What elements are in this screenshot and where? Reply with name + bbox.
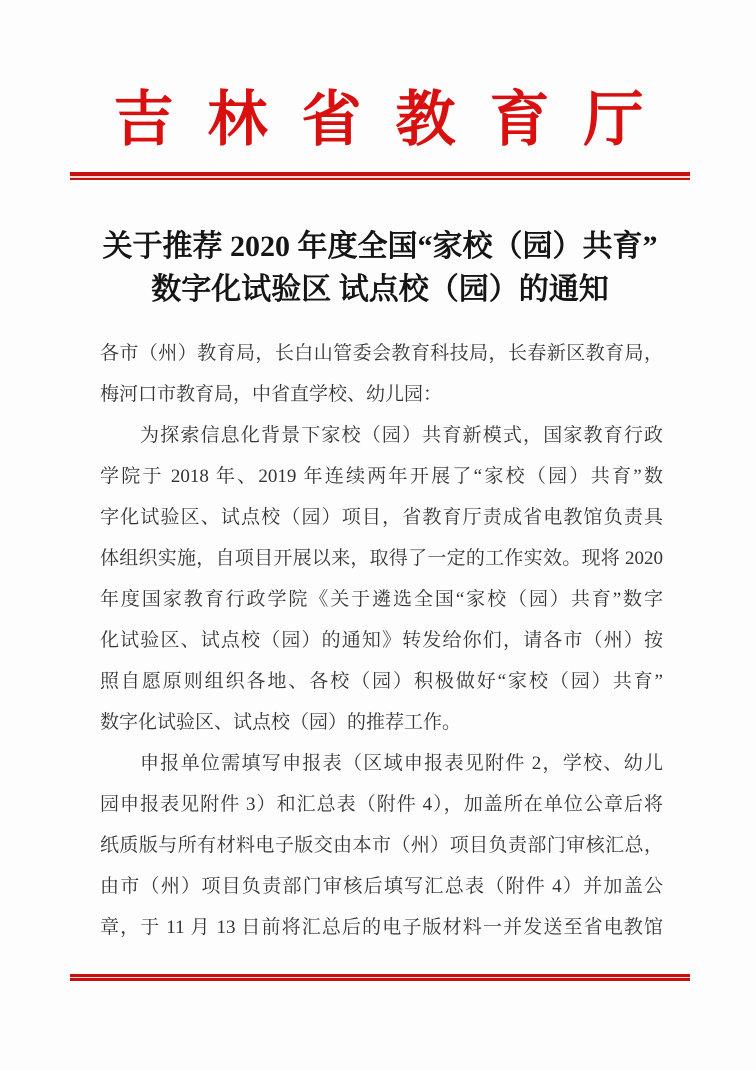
document-content: 吉 林 省 教 育 厅 关于推荐 2020 年度全国“家校（园）共育” 数字化试… (70, 0, 690, 948)
body-line: 申报单位需填写申报表（区域申报表见附件 2，学校、幼儿 (100, 743, 663, 784)
body-line: 字化试验区、试点校（园）项目，省教育厅责成省电教馆负责具 (100, 497, 663, 538)
document-page: 吉 林 省 教 育 厅 关于推荐 2020 年度全国“家校（园）共育” 数字化试… (0, 0, 756, 1070)
notice-title-line-1: 关于推荐 2020 年度全国“家校（园）共育” (70, 225, 690, 268)
body-line: 章，于 11 月 13 日前将汇总后的电子版材料一并发送至省电教馆 (100, 907, 663, 948)
body-line: 各市（州）教育局，长白山管委会教育科技局，长春新区教育局， (100, 333, 663, 374)
body-text: 各市（州）教育局，长白山管委会教育科技局，长春新区教育局， 梅河口市教育局，中省… (100, 333, 663, 948)
letterhead-agency-name: 吉 林 省 教 育 厅 (70, 0, 690, 152)
header-divider (70, 172, 690, 180)
body-line: 照自愿原则组织各地、各校（园）积极做好“家校（园）共育” (100, 661, 663, 702)
notice-title: 关于推荐 2020 年度全国“家校（园）共育” 数字化试验区 试点校（园）的通知 (70, 225, 690, 311)
body-line: 梅河口市教育局，中省直学校、幼儿园： (100, 374, 663, 415)
body-line: 学院于 2018 年、2019 年连续两年开展了“家校（园）共育”数 (100, 456, 663, 497)
body-line: 年度国家教育行政学院《关于遴选全国“家校（园）共育”数字 (100, 579, 663, 620)
body-line: 为探索信息化背景下家校（园）共育新模式，国家教育行政 (100, 415, 663, 456)
body-line: 园申报表见附件 3）和汇总表（附件 4），加盖所在单位公章后将 (100, 784, 663, 825)
body-line: 由市（州）项目负责部门审核后填写汇总表（附件 4）并加盖公 (100, 866, 663, 907)
footer-divider (70, 974, 690, 981)
body-line: 体组织实施，自项目开展以来，取得了一定的工作实效。现将 2020 (100, 538, 663, 579)
body-line: 数字化试验区、试点校（园）的推荐工作。 (100, 702, 663, 743)
notice-title-line-2: 数字化试验区 试点校（园）的通知 (70, 268, 690, 311)
body-line: 纸质版与所有材料电子版交由本市（州）项目负责部门审核汇总， (100, 825, 663, 866)
body-line: 化试验区、试点校（园）的通知》转发给你们，请各市（州）按 (100, 620, 663, 661)
